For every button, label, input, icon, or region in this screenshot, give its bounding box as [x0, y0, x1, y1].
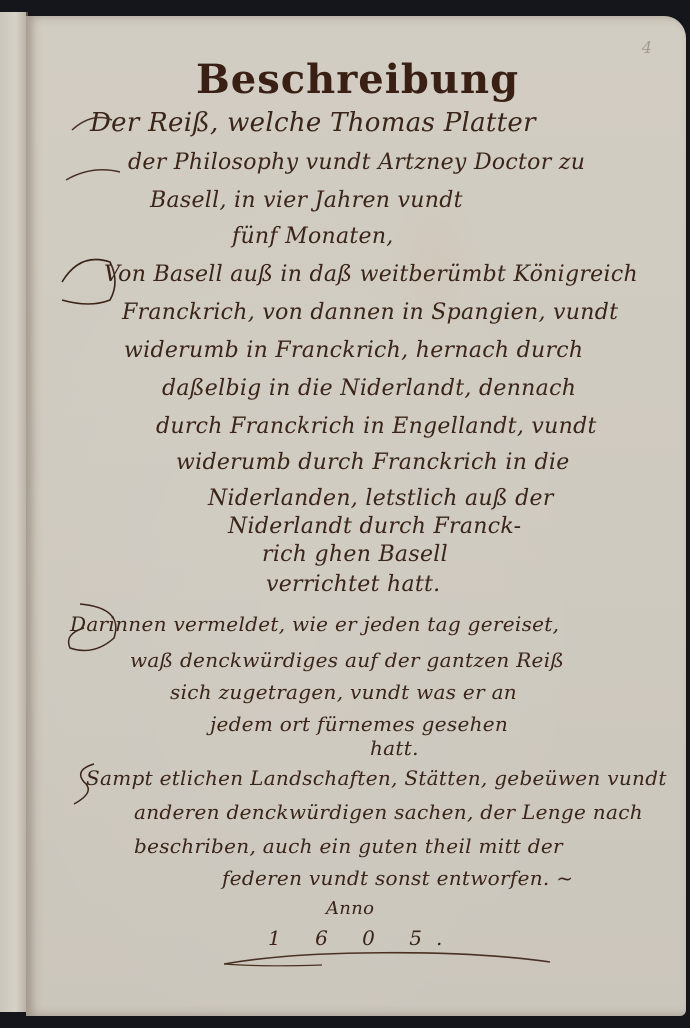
- route-line-5: durch Franckrich in Engellandt, vundt: [156, 414, 597, 439]
- route-line-8: Niderlandt durch Franck-: [228, 514, 521, 539]
- contents-line-2: waß denckwürdiges auf der gantzen Reiß: [130, 648, 564, 672]
- route-line-7: Niderlanden, letstlich auß der: [208, 486, 554, 511]
- route-line-4: daßelbig in die Niderlandt, dennach: [162, 376, 576, 401]
- anno-year: 1 6 0 5.: [268, 926, 456, 950]
- contents-line-1: Darinnen vermeldet, wie er jeden tag ger…: [70, 612, 559, 636]
- intro-line-2: der Philosophy vundt Artzney Doctor zu: [128, 150, 585, 175]
- route-line-2: Franckrich, von dannen in Spangien, vund…: [122, 300, 618, 325]
- intro-line-1: Der Reiß, welche Thomas Platter: [90, 108, 536, 138]
- intro-line-4: fünf Monaten,: [232, 224, 394, 249]
- closing-flourish-icon: [222, 950, 552, 968]
- initial-s-flourish-icon: [64, 760, 114, 810]
- intro-line-3: Basell, in vier Jahren vundt: [150, 188, 463, 213]
- initial-d2-flourish-icon: [64, 598, 134, 658]
- route-line-6: widerumb durch Franckrich in die: [176, 450, 570, 475]
- facing-page-edge: [0, 12, 28, 1012]
- route-line-9: rich ghen Basell: [262, 542, 448, 567]
- page-title: Beschreibung: [196, 56, 519, 103]
- initial-d-flourish-icon: [62, 110, 122, 190]
- additions-line-2: anderen denckwürdigen sachen, der Lenge …: [134, 800, 643, 824]
- additions-line-1: Sampt etlichen Landschaften, Stätten, ge…: [86, 766, 667, 790]
- contents-line-5: hatt.: [370, 736, 419, 760]
- route-line-10: verrichtet hatt.: [266, 572, 440, 597]
- route-line-3: widerumb in Franckrich, hernach durch: [124, 338, 583, 363]
- folio-number: 4: [642, 38, 652, 57]
- additions-line-3: beschriben, auch ein guten theil mitt de…: [134, 834, 563, 858]
- anno-label: Anno: [326, 898, 374, 919]
- contents-line-4: jedem ort fürnemes gesehen: [210, 712, 508, 736]
- additions-line-4: federen vundt sonst entworfen. ~: [222, 866, 573, 890]
- route-line-1: Von Basell auß in daß weitberümbt Königr…: [104, 262, 638, 287]
- initial-v-flourish-icon: [60, 252, 140, 312]
- contents-line-3: sich zugetragen, vundt was er an: [170, 680, 517, 704]
